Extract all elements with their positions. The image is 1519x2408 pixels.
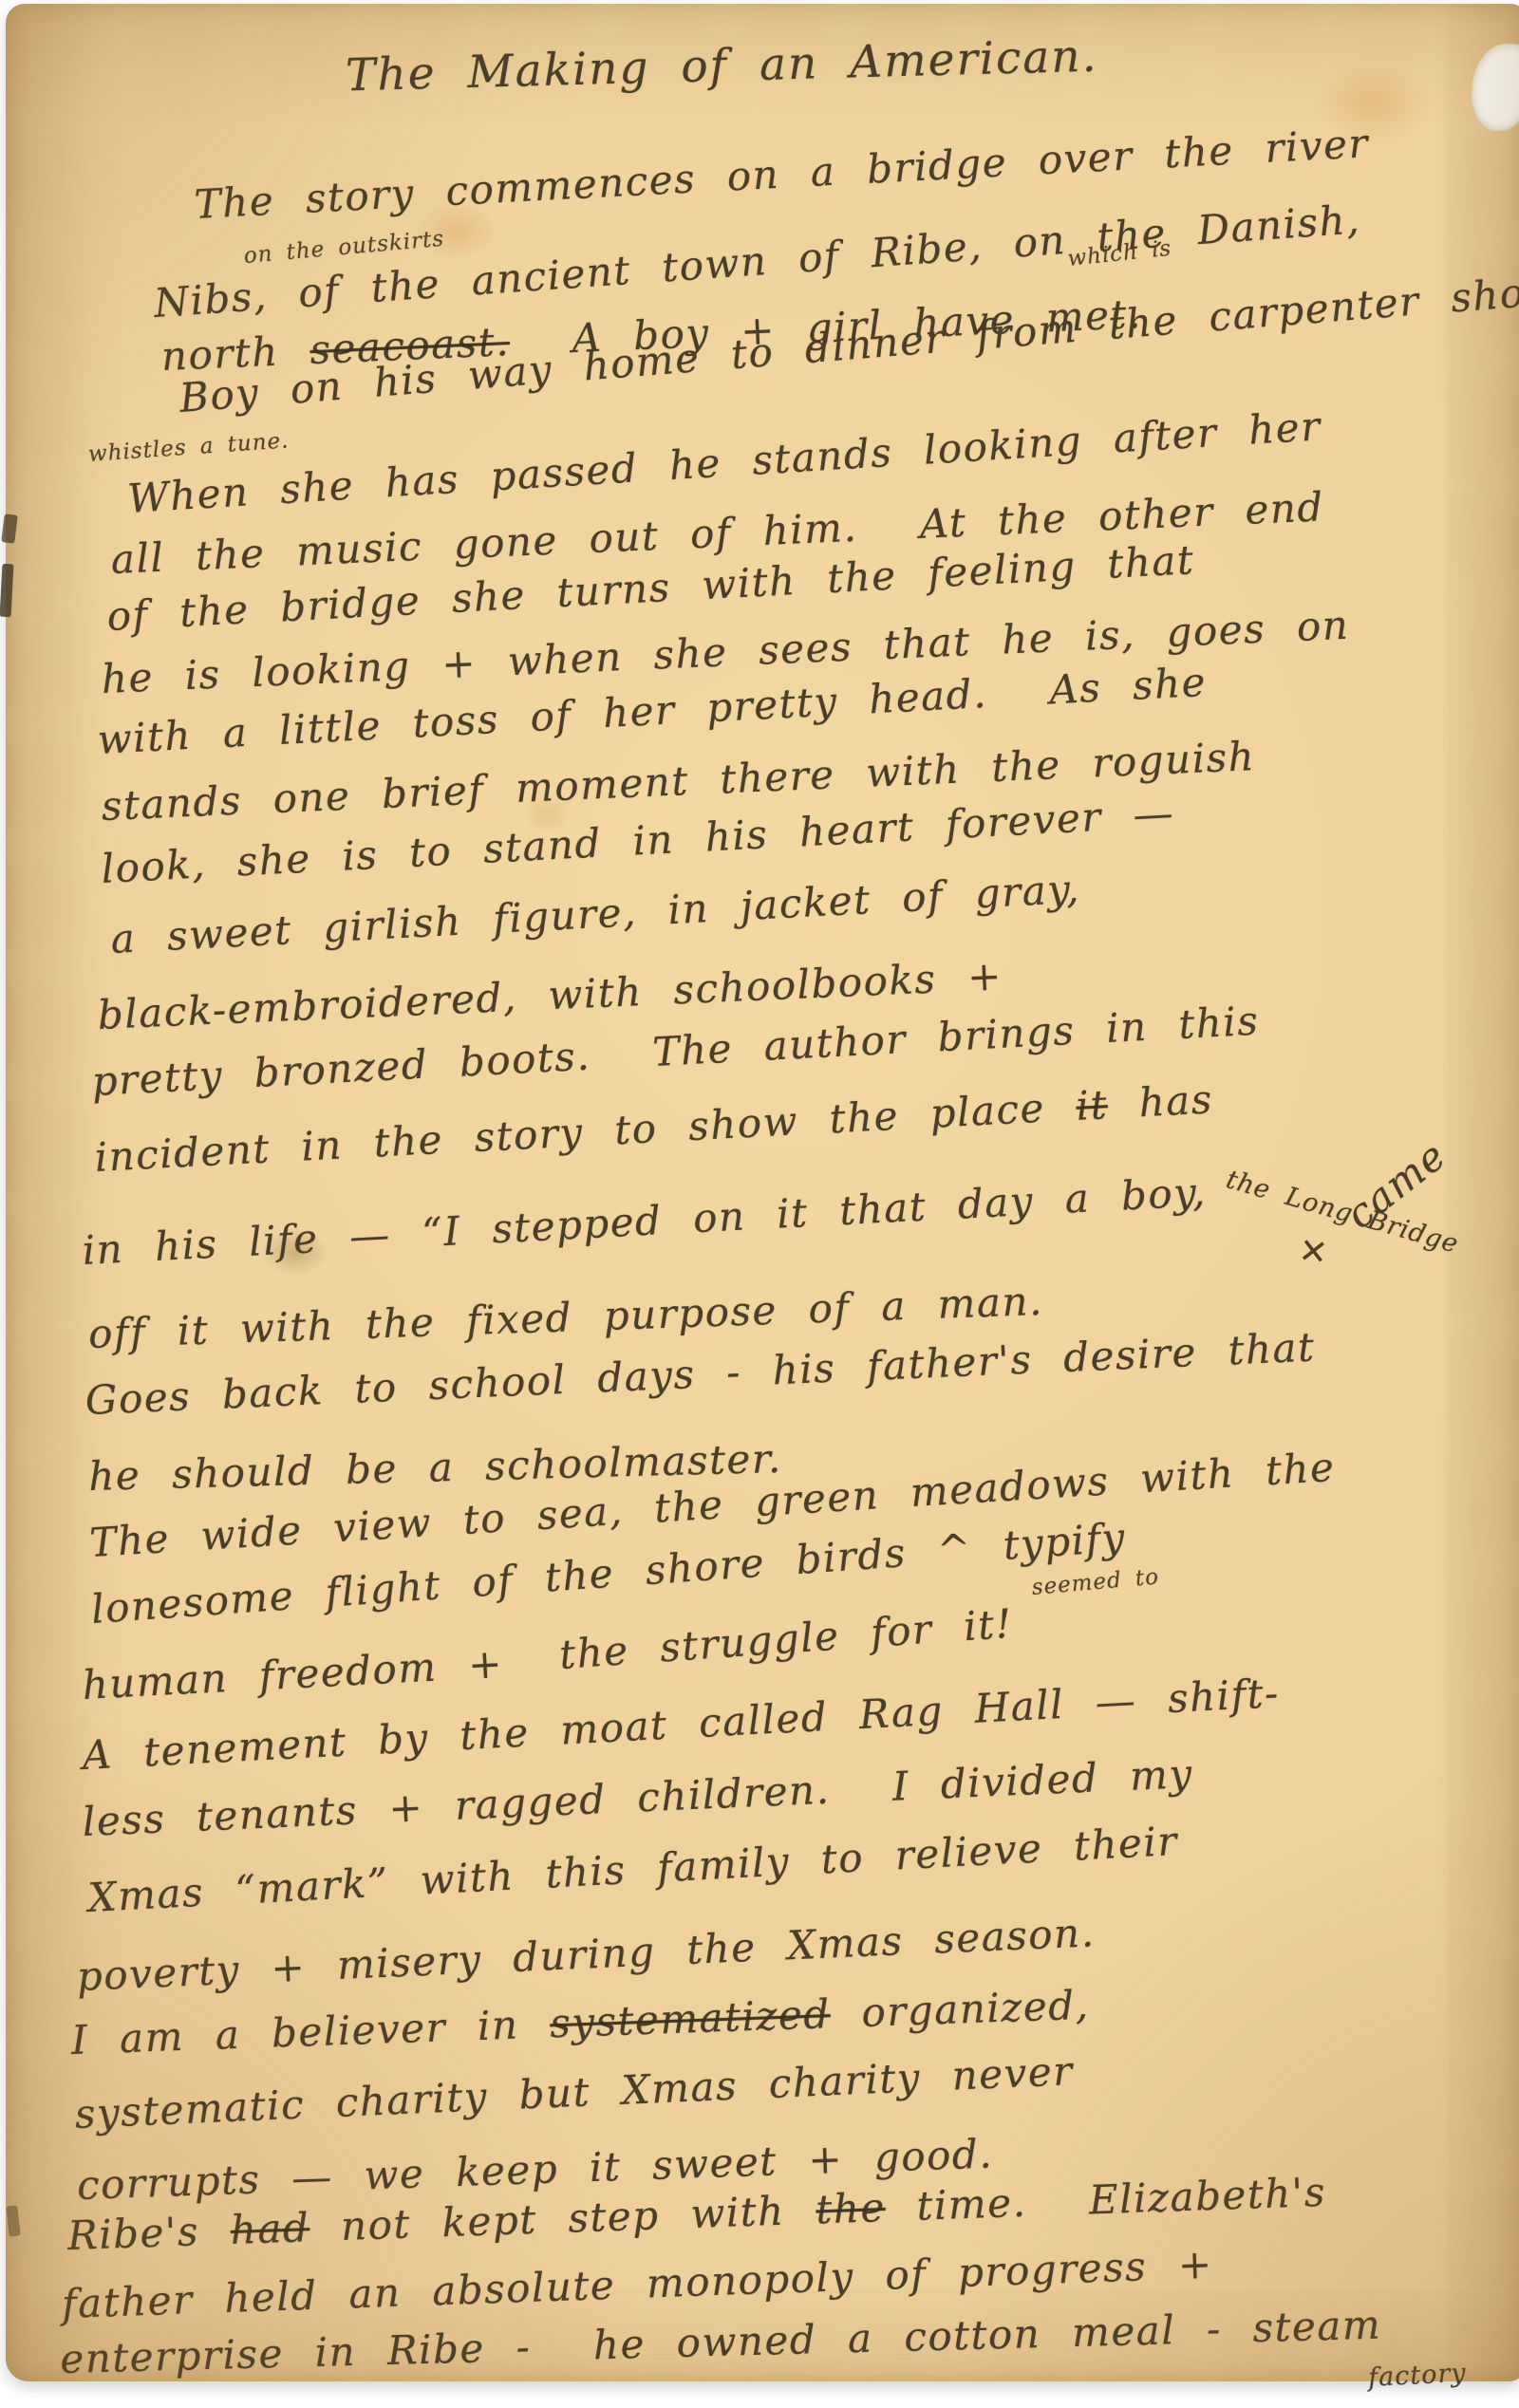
insert-factory: factory [1367,2359,1467,2393]
struck-text: the [816,2184,887,2233]
manuscript-page: The Making of an American. The story com… [6,4,1519,2381]
insert-the-struggle: the struggle for it! [558,1601,1015,1679]
struck-text: systematized [549,1990,831,2046]
handwritten-text: systematic charity but Xmas charity neve… [74,2047,1075,2137]
line-28: systematic charity but Xmas charity neve… [74,2048,1075,2137]
handwritten-text: organized, [830,1982,1090,2037]
line-22: human freedom + [81,1641,504,1708]
page-title: The Making of an American. [345,30,1098,103]
handwritten-text: whistles a tune. [87,428,290,467]
binding-mark [6,2205,20,2236]
handwritten-text: incident in the story to show the place [93,1083,1077,1181]
handwritten-text: seemed to [1031,1564,1160,1600]
handwritten-text: Ribe's [66,2207,231,2259]
struck-text: it [1075,1081,1109,1129]
handwritten-text: the struggle for it! [558,1600,1015,1678]
photo-of-manuscript: The Making of an American. The story com… [0,0,1519,2408]
insert-whistles-a-tune: whistles a tune. [87,428,290,467]
torn-corner [1472,44,1519,131]
insert-seemed-to: seemed to [1031,1564,1160,1600]
binding-mark [1,513,18,543]
handwritten-text: human freedom + [81,1640,504,1708]
line-27: I am a believer in systematized organize… [70,1983,1090,2064]
handwritten-text: I am a believer in [70,2000,551,2063]
handwritten-text: has [1107,1075,1214,1128]
handwritten-text: in his life — “I stepped on it that day … [81,1168,1207,1274]
binding-mark [0,564,13,618]
handwritten-text: factory [1367,2359,1467,2393]
struck-text: had [230,2204,310,2253]
line-16: in his life — “I stepped on it that day … [81,1169,1207,1274]
